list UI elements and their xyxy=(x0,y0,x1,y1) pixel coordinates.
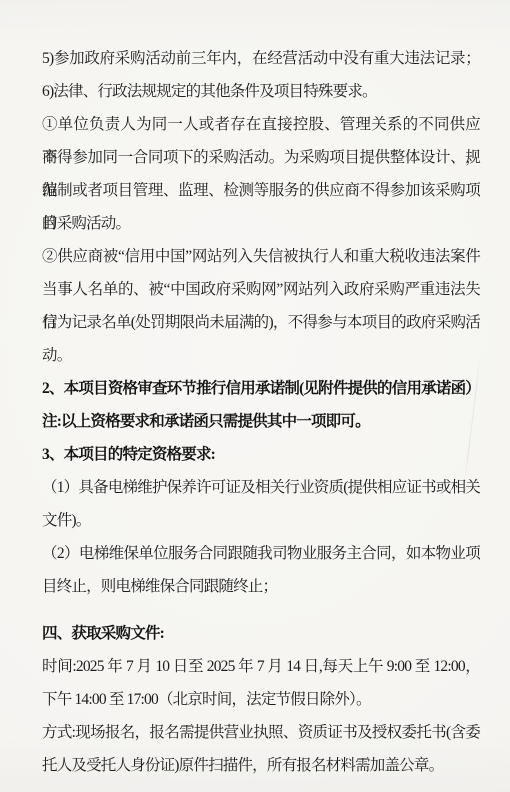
doc-line-clause-5: 5)参加政府采购活动前三年内，在经营活动中没有重大违法记录； xyxy=(42,42,480,75)
doc-line-method-2: 托人及受托人身份证)原件扫描件，所有报名材料需加盖公章。 xyxy=(42,749,480,782)
doc-line-para1-3: 编制或者项目管理、监理、检测等服务的供应商不得参加该采购项目 xyxy=(42,174,480,207)
doc-line-para2-2: 当事人名单的、被“中国政府采购网”网站列入政府采购严重违法失信 xyxy=(42,273,480,306)
doc-line-para2-1: ②供应商被“信用中国”网站列入失信被执行人和重大税收违法案件 xyxy=(42,240,480,273)
doc-line-para1-1: ①单位负责人为同一人或者存在直接控股、管理关系的不同供应商， xyxy=(42,108,480,141)
doc-line-para1-2: 不得参加同一合同项下的采购活动。为采购项目提供整体设计、规范 xyxy=(42,141,480,174)
doc-line-req-1b: 文件)。 xyxy=(42,504,480,537)
doc-line-method-1: 方式:现场报名，报名需提供营业执照、资质证书及授权委托书(含委 xyxy=(42,716,480,749)
document-body: 5)参加政府采购活动前三年内，在经营活动中没有重大违法记录； 6)法律、行政法规… xyxy=(42,42,480,782)
doc-line-para2-4: 动。 xyxy=(42,339,480,372)
doc-line-item-3-heading: 3、本项目的特定资格要求: xyxy=(42,438,480,471)
doc-line-clause-6: 6)法律、行政法规规定的其他条件及项目特殊要求。 xyxy=(42,75,480,108)
doc-line-para1-4: 的采购活动。 xyxy=(42,207,480,240)
doc-line-req-2a: （2）电梯维保单位服务合同跟随我司物业服务主合同，如本物业项 xyxy=(42,537,480,570)
doc-line-time-2: 下午 14:00 至 17:00（北京时间，法定节假日除外）。 xyxy=(42,683,480,716)
doc-line-section-4-heading: 四、获取采购文件: xyxy=(42,617,480,650)
doc-line-note: 注:以上资格要求和承诺函只需提供其中一项即可。 xyxy=(42,405,480,438)
doc-line-time-1: 时间:2025 年 7 月 10 日至 2025 年 7 月 14 日,每天上午… xyxy=(42,650,480,683)
doc-line-item-2: 2、本项目资格审查环节推行信用承诺制(见附件提供的信用承诺函） xyxy=(42,372,480,405)
doc-line-req-1a: （1）具备电梯维护保养许可证及相关行业资质(提供相应证书或相关 xyxy=(42,471,480,504)
doc-line-para2-3: 行为记录名单(处罚期限尚未届满的)，不得参与本项目的政府采购活 xyxy=(42,306,480,339)
doc-line-req-2b: 目终止，则电梯维保合同跟随终止； xyxy=(42,570,480,603)
scanned-document-page: 5)参加政府采购活动前三年内，在经营活动中没有重大违法记录； 6)法律、行政法规… xyxy=(0,0,510,792)
